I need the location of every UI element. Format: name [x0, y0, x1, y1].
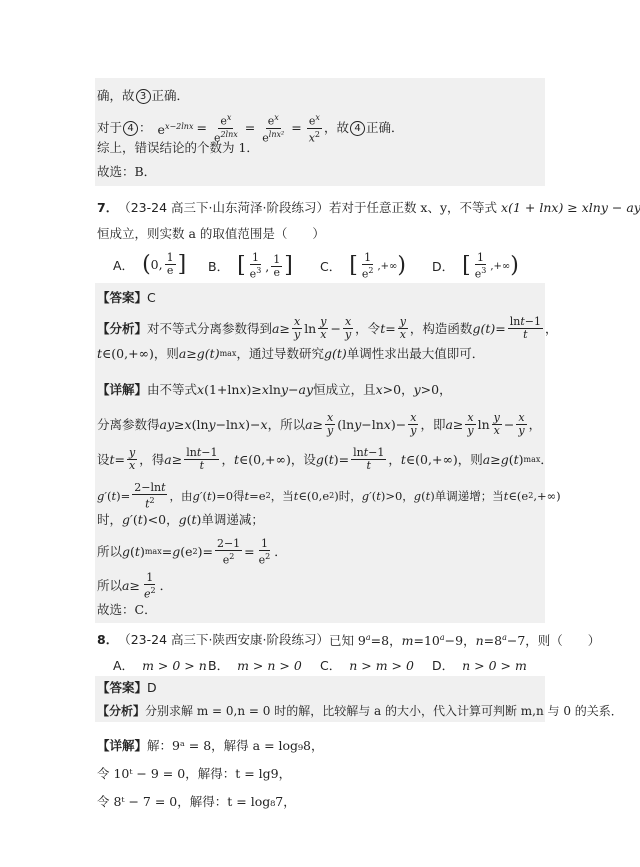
option-b[interactable]: B． [ 1e3, 1e] — [208, 252, 293, 281]
question-number: 8． — [97, 632, 118, 648]
question-source: （23-24 高三下·陕西安康·阶段练习） — [118, 632, 329, 648]
document-page: 确，故3正确． 对于4： ex−2lnx = exe2lnx = exelnx²… — [0, 0, 640, 867]
option-b[interactable]: B． m > n > 0 — [208, 656, 302, 674]
q8-detail-2: 令 10ᵗ − 9 = 0，解得：t = lg9， — [97, 766, 291, 782]
question-7-stem-cont: 恒成立，则实数 a 的取值范围是（ ） — [97, 226, 325, 242]
q7-answer: 【答案】 C — [97, 290, 156, 306]
question-8-stem: 8． （23-24 高三下·陕西安康·阶段练习） 已知 9a=8，m=10a−9… — [97, 630, 600, 649]
prev-line-3: 综上，错误结论的个数为 1． — [97, 140, 259, 156]
prev-line-1: 确，故3正确． — [97, 88, 189, 104]
q7-detail-5: 时，g′(t)<0，g(t)单调递减； — [97, 512, 264, 528]
prev-line-4: 故选：B． — [97, 164, 156, 180]
option-d[interactable]: D． [ 1e3,+∞) — [432, 252, 519, 281]
q7-analysis-2: t∈(0,+∞)，则 a≥g(t)max，通过导数研究g(t)单调性求出最大值即… — [97, 346, 484, 362]
circled-4-icon: 4 — [350, 121, 365, 136]
q7-detail-4: g′(t)=2−lntt2，由g′(t)=0得t=e2，当t∈(0,e2)时，g… — [97, 482, 561, 511]
q7-detail-1: 【详解】 由不等式x(1+lnx)≥xlny−ay恒成立，且x>0，y>0， — [97, 382, 452, 398]
q8-answer: 【答案】 D — [97, 680, 157, 696]
question-inequality: x(1 + lnx) ≥ xlny − ay — [501, 200, 640, 216]
q7-detail-8: 故选：C． — [97, 602, 157, 618]
q7-detail-3: 设t=yx，得a≥lnt−1t，t∈(0,+∞)，设g(t)=lnt−1t，t∈… — [97, 447, 553, 472]
answer-value: D — [147, 680, 157, 696]
q7-analysis-1: 【分析】 对不等式分离参数得到 a≥xylnyx−xy ，令t=yx ，构造函数… — [97, 316, 557, 341]
question-number: 7． — [97, 200, 118, 216]
option-a[interactable]: A． m > 0 > n — [113, 656, 207, 674]
option-c[interactable]: C． n > m > 0 — [320, 656, 414, 674]
q7-detail-2: 分离参数得ay≥x(lny−lnx)−x，所以a≥xy(lny−lnx)−xy，… — [97, 412, 541, 437]
option-c[interactable]: C． [ 1e2,+∞) — [320, 252, 406, 281]
option-d[interactable]: D． n > 0 > m — [432, 656, 527, 674]
question-source: （23-24 高三下·山东菏泽·阶段练习） — [118, 200, 329, 216]
question-7-stem: 7． （23-24 高三下·山东菏泽·阶段练习） 若对于任意正数 x、y，不等式… — [97, 200, 640, 216]
circled-4-icon: 4 — [123, 121, 138, 136]
q8-analysis: 【分析】 分别求解 m = 0,n = 0 时的解，比较解与 a 的大小，代入计… — [97, 703, 623, 719]
answer-value: C — [147, 290, 156, 306]
option-a[interactable]: A． (0, 1e] — [113, 252, 186, 277]
q7-detail-6: 所以g(t)max=g(e2)=2−1e2=1e2． — [97, 538, 287, 567]
q8-detail-1: 【详解】 解：9ᵃ = 8，解得 a = log₉8， — [97, 738, 324, 754]
circled-3-icon: 3 — [136, 89, 151, 104]
q7-detail-7: 所以a≥1e2． — [97, 572, 172, 601]
q8-detail-3: 令 8ᵗ − 7 = 0，解得：t = log₈7， — [97, 794, 296, 810]
